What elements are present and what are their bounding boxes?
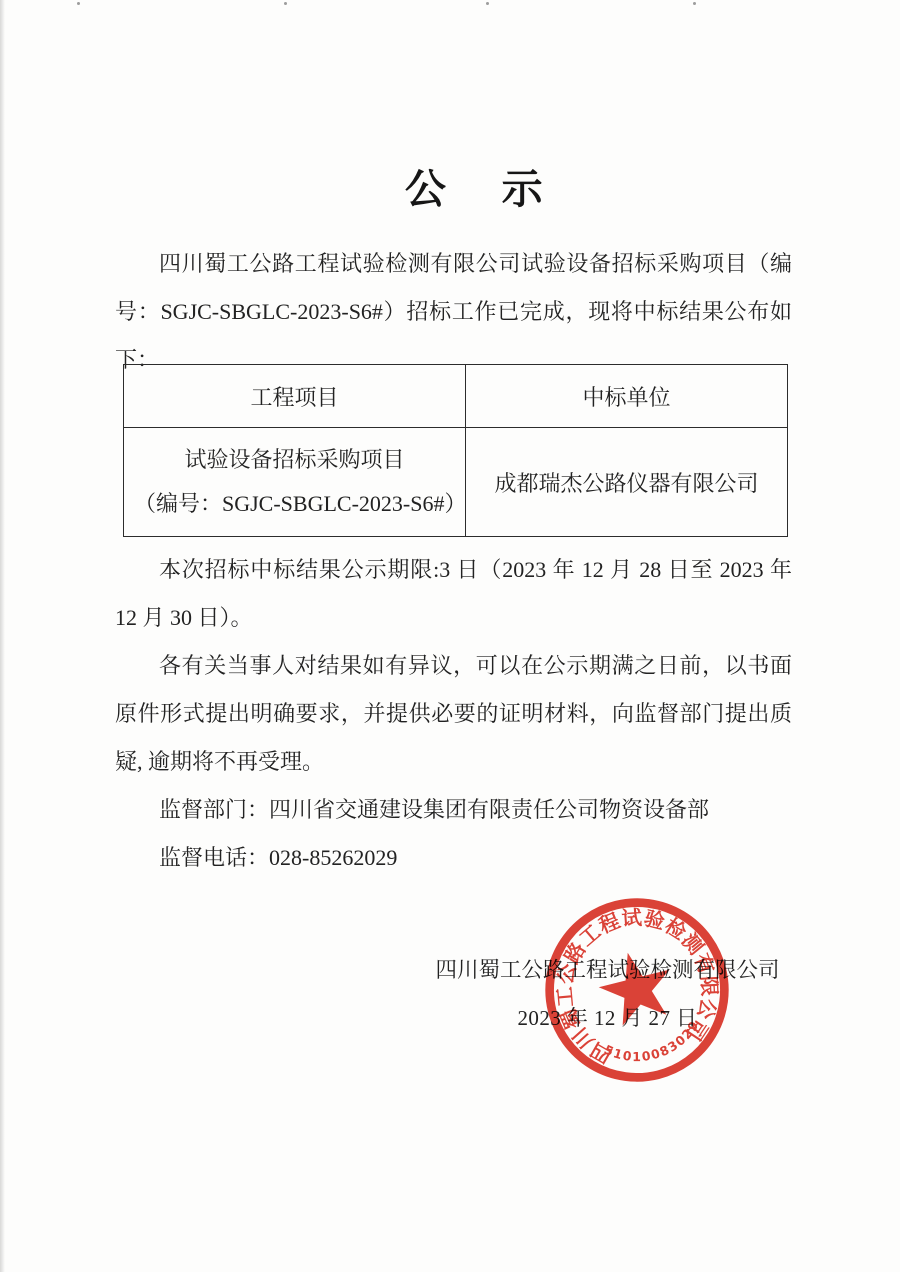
body-paragraph-block: 本次招标中标结果公示期限:3 日（2023 年 12 月 28 日至 2023 … xyxy=(115,546,792,882)
header-winner: 中标单位 xyxy=(466,365,788,428)
cell-project: 试验设备招标采购项目 （编号：SGJC-SBGLC-2023-S6#） xyxy=(124,428,466,537)
signature-date: 2023 年 12 月 27 日 xyxy=(435,1002,780,1032)
supervisor-phone-line: 监督电话：028-85262029 xyxy=(115,834,792,882)
bid-result-table: 工程项目 中标单位 试验设备招标采购项目 （编号：SGJC-SBGLC-2023… xyxy=(123,364,788,537)
cell-winner: 成都瑞杰公路仪器有限公司 xyxy=(466,428,788,537)
supervisor-dept-line: 监督部门：四川省交通建设集团有限责任公司物资设备部 xyxy=(115,786,792,834)
period-paragraph: 本次招标中标结果公示期限:3 日（2023 年 12 月 28 日至 2023 … xyxy=(115,546,792,642)
scan-edge-shadow xyxy=(0,0,5,1272)
scan-dot xyxy=(284,2,287,5)
project-code: （编号：SGJC-SBGLC-2023-S6#） xyxy=(124,482,465,526)
intro-paragraph-block: 四川蜀工公路工程试验检测有限公司试验设备招标采购项目（编号：SGJC-SBGLC… xyxy=(115,240,792,384)
intro-paragraph: 四川蜀工公路工程试验检测有限公司试验设备招标采购项目（编号：SGJC-SBGLC… xyxy=(115,240,792,384)
objection-paragraph: 各有关当事人对结果如有异议，可以在公示期满之日前，以书面原件形式提出明确要求，并… xyxy=(115,642,792,786)
project-name: 试验设备招标采购项目 xyxy=(124,438,465,482)
header-project: 工程项目 xyxy=(124,365,466,428)
announcement-page: 公 示 四川蜀工公路工程试验检测有限公司试验设备招标采购项目（编号：SGJC-S… xyxy=(0,0,900,1272)
signature-company: 四川蜀工公路工程试验检测有限公司 xyxy=(435,955,780,985)
signature-block: 四川蜀工公路工程试验检测有限公司 2023 年 12 月 27 日 xyxy=(435,955,780,1032)
page-title: 公 示 xyxy=(140,156,815,215)
scan-dot xyxy=(486,2,489,5)
table-header-row: 工程项目 中标单位 xyxy=(124,365,788,428)
table-row: 试验设备招标采购项目 （编号：SGJC-SBGLC-2023-S6#） 成都瑞杰… xyxy=(124,428,788,537)
scan-dot xyxy=(77,2,80,5)
scan-dot xyxy=(693,2,696,5)
